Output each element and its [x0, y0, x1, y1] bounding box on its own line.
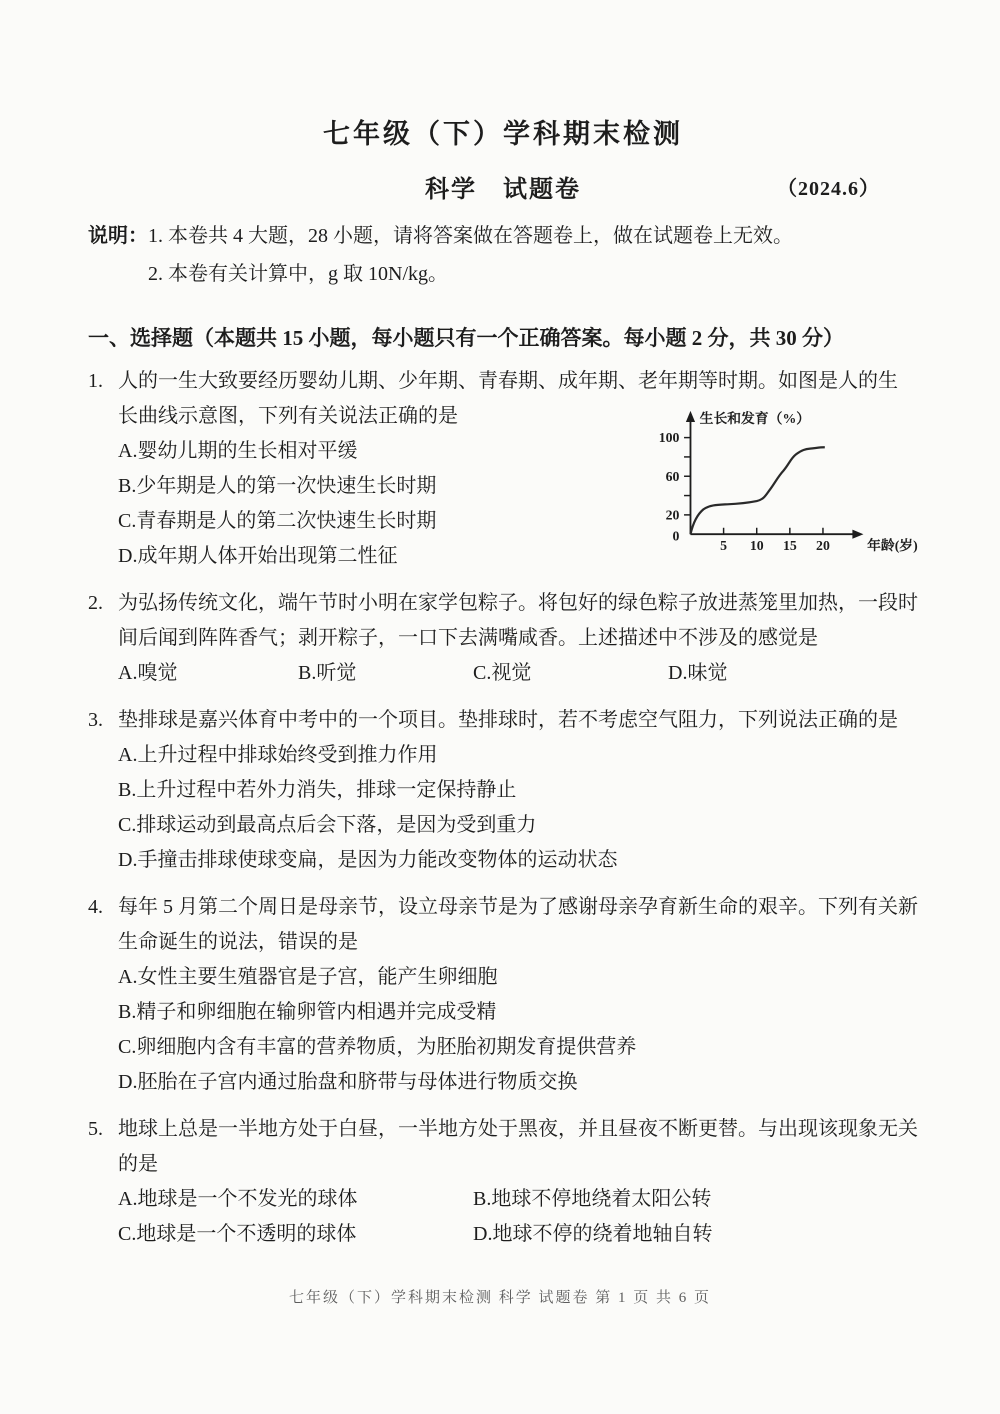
question-4: 4. 每年 5 月第二个周日是母亲节，设立母亲节是为了感谢母亲孕育新生命的艰辛。… [88, 890, 918, 1100]
page-title: 七年级（下）学科期末检测 [88, 112, 918, 151]
exam-date: （2024.6） [777, 172, 880, 201]
x-tick-label: 10 [750, 538, 764, 553]
instructions-body: 1. 本卷共 4 大题，28 小题，请将答案做在答题卷上，做在试题卷上无效。 2… [148, 218, 793, 292]
page-content: 七年级（下）学科期末检测 科学试题卷 （2024.6） 说明： 1. 本卷共 4… [0, 0, 1000, 1252]
growth-curve [690, 447, 824, 534]
x-tick-label: 5 [720, 538, 727, 553]
question-stem: 每年 5 月第二个周日是母亲节，设立母亲节是为了感谢母亲孕育新生命的艰辛。下列有… [118, 890, 918, 960]
growth-curve-chart: 100 60 20 0 5 10 15 20 生长和发育（%） 年龄(岁) [650, 398, 926, 560]
question-body: 垫排球是嘉兴体育中考中的一个项目。垫排球时，若不考虑空气阻力，下列说法正确的是 … [118, 703, 918, 878]
question-body: 为弘扬传统文化，端午节时小明在家学包粽子。将包好的绿色粽子放进蒸笼里加热，一段时… [118, 586, 918, 691]
option-b: B.精子和卵细胞在输卵管内相遇并完成受精 [118, 995, 918, 1030]
instructions-block: 说明： 1. 本卷共 4 大题，28 小题，请将答案做在答题卷上，做在试题卷上无… [88, 218, 918, 292]
growth-curve-figure: 100 60 20 0 5 10 15 20 生长和发育（%） 年龄(岁) [650, 398, 926, 560]
y-axis-arrow [686, 411, 695, 422]
option-d: D.手撞击排球使球变扁，是因为力能改变物体的运动状态 [118, 843, 918, 878]
page-footer: 七年级（下）学科期末检测 科学 试题卷 第 1 页 共 6 页 [0, 1286, 1000, 1307]
question-number: 1. [88, 364, 118, 574]
question-2: 2. 为弘扬传统文化，端午节时小明在家学包粽子。将包好的绿色粽子放进蒸笼里加热，… [88, 586, 918, 691]
option-d: D.味觉 [668, 656, 918, 691]
option-a: A.上升过程中排球始终受到推力作用 [118, 738, 918, 773]
instructions-label: 说明： [88, 218, 148, 292]
section-1-heading: 一、选择题（本题共 15 小题，每小题只有一个正确答案。每小题 2 分，共 30… [88, 322, 918, 352]
option-c: C.卵细胞内含有丰富的营养物质，为胚胎初期发育提供营养 [118, 1030, 918, 1065]
option-b: B.听觉 [298, 656, 473, 691]
question-number: 5. [88, 1112, 118, 1252]
option-a: A.女性主要生殖器官是子宫，能产生卵细胞 [118, 960, 918, 995]
x-axis-arrow [852, 530, 863, 539]
subject-row: 科学试题卷 （2024.6） [88, 169, 918, 204]
question-number: 2. [88, 586, 118, 691]
subject-name: 科学 [425, 177, 477, 203]
question-stem: 人的一生大致要经历婴幼儿期、少年期、青春期、成年期、老年期等时期。如图是人的生 [118, 364, 918, 399]
option-c: C.地球是一个不透明的球体 [118, 1217, 473, 1252]
question-5: 5. 地球上总是一半地方处于白昼，一半地方处于黑夜，并且昼夜不断更替。与出现该现… [88, 1112, 918, 1252]
x-tick-label: 15 [783, 538, 797, 553]
option-a: A.嗅觉 [118, 656, 298, 691]
option-c: C.排球运动到最高点后会下落，是因为受到重力 [118, 808, 918, 843]
question-body: 每年 5 月第二个周日是母亲节，设立母亲节是为了感谢母亲孕育新生命的艰辛。下列有… [118, 890, 918, 1100]
x-tick-label: 20 [816, 538, 830, 553]
option-c: C.视觉 [473, 656, 668, 691]
exam-paper-page: 七年级（下）学科期末检测 科学试题卷 （2024.6） 说明： 1. 本卷共 4… [0, 0, 1000, 1414]
y-tick-label: 20 [666, 507, 680, 522]
option-b: B.上升过程中若外力消失，排球一定保持静止 [118, 773, 918, 808]
option-d: D.地球不停的绕着地轴自转 [473, 1217, 918, 1252]
options-row: A.嗅觉 B.听觉 C.视觉 D.味觉 [118, 656, 918, 691]
option-d: D.胚胎在子宫内通过胎盘和脐带与母体进行物质交换 [118, 1065, 918, 1100]
instruction-line: 2. 本卷有关计算中，g 取 10N/kg。 [148, 256, 793, 292]
options-grid: A.地球是一个不发光的球体 B.地球不停地绕着太阳公转 C.地球是一个不透明的球… [118, 1182, 918, 1252]
question-stem: 垫排球是嘉兴体育中考中的一个项目。垫排球时，若不考虑空气阻力，下列说法正确的是 [118, 703, 918, 738]
y-tick-label: 100 [659, 430, 680, 445]
question-1: 1. 人的一生大致要经历婴幼儿期、少年期、青春期、成年期、老年期等时期。如图是人… [88, 364, 918, 574]
y-tick-label: 60 [666, 469, 680, 484]
question-body: 人的一生大致要经历婴幼儿期、少年期、青春期、成年期、老年期等时期。如图是人的生 … [118, 364, 918, 574]
y-axis-title: 生长和发育（%） [700, 410, 810, 426]
question-number: 4. [88, 890, 118, 1100]
question-stem: 为弘扬传统文化，端午节时小明在家学包粽子。将包好的绿色粽子放进蒸笼里加热，一段时… [118, 586, 918, 656]
question-body: 地球上总是一半地方处于白昼，一半地方处于黑夜，并且昼夜不断更替。与出现该现象无关… [118, 1112, 918, 1252]
x-axis-label: 年龄(岁) [867, 537, 918, 554]
y-tick-label: 0 [673, 529, 680, 544]
option-a: A.地球是一个不发光的球体 [118, 1182, 473, 1217]
question-stem: 地球上总是一半地方处于白昼，一半地方处于黑夜，并且昼夜不断更替。与出现该现象无关… [118, 1112, 918, 1182]
question-3: 3. 垫排球是嘉兴体育中考中的一个项目。垫排球时，若不考虑空气阻力，下列说法正确… [88, 703, 918, 878]
question-number: 3. [88, 703, 118, 878]
option-b: B.地球不停地绕着太阳公转 [473, 1182, 918, 1217]
instruction-line: 1. 本卷共 4 大题，28 小题，请将答案做在答题卷上，做在试题卷上无效。 [148, 218, 793, 254]
paper-type: 试题卷 [503, 177, 581, 203]
